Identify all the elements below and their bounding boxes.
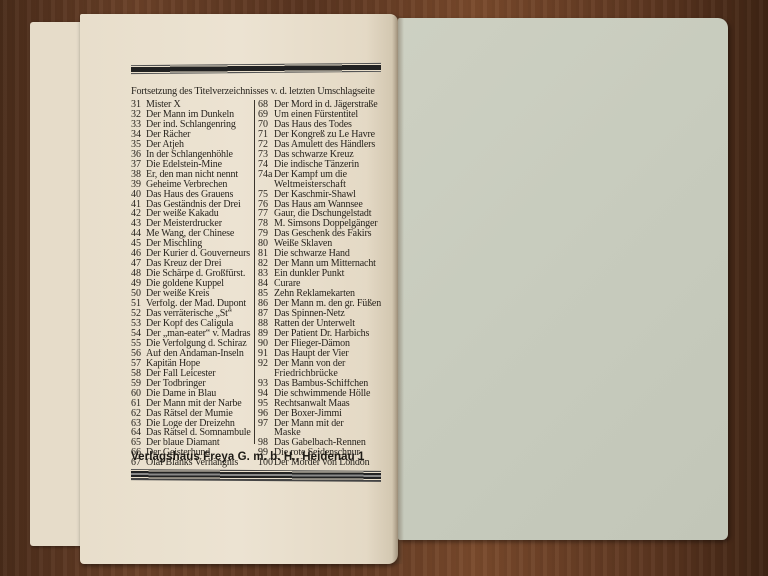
list-item: 62Das Rätsel der Mumie: [131, 409, 255, 419]
item-title: Das Kreuz der Drei: [146, 259, 255, 269]
list-item: 95Rechtsanwalt Maas: [258, 399, 388, 409]
item-title: Der Meisterdrucker: [146, 219, 255, 229]
right-page-blank: [398, 18, 728, 540]
item-title: Der Boxer-Jimmi: [274, 409, 388, 419]
item-title: Der Kaschmir-Shawl: [274, 190, 388, 200]
item-title: Der Mord in d. Jägerstraße: [274, 100, 388, 110]
item-title: M. Simsons Doppelgänger: [274, 219, 388, 229]
list-item: 80Weiße Sklaven: [258, 239, 388, 249]
list-item: 83Ein dunkler Punkt: [258, 269, 388, 279]
item-number: 62: [131, 409, 146, 419]
list-item: 65Der blaue Diamant: [131, 438, 255, 448]
list-item: 75Der Kaschmir-Shawl: [258, 190, 388, 200]
list-item: 78M. Simsons Doppelgänger: [258, 219, 388, 229]
list-item: 76Das Haus am Wannsee: [258, 200, 388, 210]
item-title: Die Verfolgung d. Schiraz: [146, 339, 255, 349]
list-item: 74Die indische Tänzerin: [258, 160, 388, 170]
list-item: 88Ratten der Unterwelt: [258, 319, 388, 329]
list-item: 37Die Edelstein-Mine: [131, 160, 255, 170]
item-title: Das Gabelbach-Rennen: [274, 438, 388, 448]
list-item: 86Der Mann m. den gr. Füßen: [258, 299, 388, 309]
item-title: Der Kurier d. Gouverneurs: [146, 249, 255, 259]
item-title: Der Kongreß zu Le Havre: [274, 130, 388, 140]
item-title: Das Rätsel der Mumie: [146, 409, 255, 419]
item-title: Curare: [274, 279, 388, 289]
item-title: Die Loge der Dreizehn: [146, 419, 255, 429]
item-title: Das Haus des Todes: [274, 120, 388, 130]
item-title: Das schwarze Kreuz: [274, 150, 388, 160]
item-number: 97: [258, 419, 274, 429]
item-title: Der Mischling: [146, 239, 255, 249]
item-title: Der blaue Diamant: [146, 438, 255, 448]
list-item: 94Die schwimmende Hölle: [258, 389, 388, 399]
item-title: Die indische Tänzerin: [274, 160, 388, 170]
list-item: 60Die Dame in Blau: [131, 389, 255, 399]
item-title: Der weiße Kreis: [146, 289, 255, 299]
list-item: 56Auf den Andaman-Inseln: [131, 349, 255, 359]
list-item: 59Der Todbringer: [131, 379, 255, 389]
list-item: 36In der Schlangenhöhle: [131, 150, 255, 160]
item-title: Der Mann m. den gr. Füßen: [274, 299, 388, 309]
item-title: Ratten der Unterwelt: [274, 319, 388, 329]
item-title: Der Mann im Dunkeln: [146, 110, 255, 120]
list-item: 79Das Geschenk des Fakirs: [258, 229, 388, 239]
list-item: 71Der Kongreß zu Le Havre: [258, 130, 388, 140]
item-title-continuation: Maske: [258, 428, 388, 438]
item-title: Der Patient Dr. Harbichs: [274, 329, 388, 339]
item-title: Die goldene Kuppel: [146, 279, 255, 289]
item-title: Die schwarze Hand: [274, 249, 388, 259]
item-title: Der Todbringer: [146, 379, 255, 389]
item-title: Die Edelstein-Mine: [146, 160, 255, 170]
list-item: 42Der weiße Kakadu: [131, 209, 255, 219]
list-item: 31Mister X: [131, 100, 255, 110]
list-item: 55Die Verfolgung d. Schiraz: [131, 339, 255, 349]
item-title: Zehn Reklamekarten: [274, 289, 388, 299]
list-item: 50Der weiße Kreis: [131, 289, 255, 299]
list-item: 57Kapitän Hope: [131, 359, 255, 369]
list-item: 69Um einen Fürstentitel: [258, 110, 388, 120]
item-title: Ein dunkler Punkt: [274, 269, 388, 279]
list-item: 85Zehn Reklamekarten: [258, 289, 388, 299]
item-title: Der Mann um Mitternacht: [274, 259, 388, 269]
list-item: 40Das Haus des Grauens: [131, 190, 255, 200]
item-title: Das Haus am Wannsee: [274, 200, 388, 210]
item-title: Er, den man nicht nennt: [146, 170, 255, 180]
item-title: Der Fall Leicester: [146, 369, 255, 379]
item-number: 74a: [258, 170, 274, 180]
item-number: 96: [258, 409, 274, 419]
item-title-continuation: Friedrichbrücke: [258, 369, 388, 379]
item-title: Das Geschenk des Fakirs: [274, 229, 388, 239]
list-item: 34Der Rächer: [131, 130, 255, 140]
item-title: Das Geständnis der Drei: [146, 200, 255, 210]
item-title: Rechtsanwalt Maas: [274, 399, 388, 409]
item-title: Der Mann mit der Narbe: [146, 399, 255, 409]
page-heading: Fortsetzung des Titelverzeichnisses v. d…: [131, 86, 391, 97]
item-title: Das Haupt der Vier: [274, 349, 388, 359]
list-item: 41Das Geständnis der Drei: [131, 200, 255, 210]
list-item: 84Curare: [258, 279, 388, 289]
item-title: Das Amulett des Händlers: [274, 140, 388, 150]
list-item: 91Das Haupt der Vier: [258, 349, 388, 359]
list-item: 54Der „man-eater“ v. Madras: [131, 329, 255, 339]
item-title: Das Rätsel d. Somnambule: [146, 428, 255, 438]
item-title: Die Schärpe d. Großfürst.: [146, 269, 255, 279]
column-divider: [254, 100, 255, 444]
list-item: 58Der Fall Leicester: [131, 369, 255, 379]
item-title: Die schwimmende Hölle: [274, 389, 388, 399]
publisher-imprint: Verlagshaus Freya G. m. b. H., Heidenau …: [131, 451, 391, 463]
list-item: 32Der Mann im Dunkeln: [131, 110, 255, 120]
list-item: 73Das schwarze Kreuz: [258, 150, 388, 160]
list-item: 64Das Rätsel d. Somnambule: [131, 428, 255, 438]
list-item: 96Der Boxer-Jimmi: [258, 409, 388, 419]
list-item: 45Der Mischling: [131, 239, 255, 249]
book-gutter: [392, 16, 404, 564]
list-item: 33Der ind. Schlangenring: [131, 120, 255, 130]
item-title: Verfolg. der Mad. Dupont: [146, 299, 255, 309]
list-item: 35Der Atjeh: [131, 140, 255, 150]
list-item: 70Das Haus des Todes: [258, 120, 388, 130]
list-item: 48Die Schärpe d. Großfürst.: [131, 269, 255, 279]
item-title: Der Atjeh: [146, 140, 255, 150]
item-number: 92: [258, 359, 274, 369]
list-item: 89Der Patient Dr. Harbichs: [258, 329, 388, 339]
list-item: 93Das Bambus-Schiffchen: [258, 379, 388, 389]
item-title: Der Kopf des Caligula: [146, 319, 255, 329]
list-item: 46Der Kurier d. Gouverneurs: [131, 249, 255, 259]
item-title: Der „man-eater“ v. Madras: [146, 329, 255, 339]
item-title: Der Rächer: [146, 130, 255, 140]
item-title-continuation: Weltmeisterschaft: [258, 180, 388, 190]
title-list-right-column: 68Der Mord in d. Jägerstraße69Um einen F…: [258, 100, 388, 468]
item-title: Kapitän Hope: [146, 359, 255, 369]
list-item: 61Der Mann mit der Narbe: [131, 399, 255, 409]
list-item: 72Das Amulett des Händlers: [258, 140, 388, 150]
item-title: Weiße Sklaven: [274, 239, 388, 249]
item-title: Geheime Verbrechen: [146, 180, 255, 190]
list-item: 90Der Flieger-Dämon: [258, 339, 388, 349]
title-list-left-column: 31Mister X32Der Mann im Dunkeln33Der ind…: [131, 100, 255, 468]
item-title: Auf den Andaman-Inseln: [146, 349, 255, 359]
list-item: 53Der Kopf des Caligula: [131, 319, 255, 329]
item-title: Um einen Fürstentitel: [274, 110, 388, 120]
list-item: 63Die Loge der Dreizehn: [131, 419, 255, 429]
decorative-rule-bottom: [131, 469, 381, 482]
list-item: 47Das Kreuz der Drei: [131, 259, 255, 269]
list-item: 51Verfolg. der Mad. Dupont: [131, 299, 255, 309]
item-title: Die Dame in Blau: [146, 389, 255, 399]
list-item: 82Der Mann um Mitternacht: [258, 259, 388, 269]
item-title: Me Wang, der Chinese: [146, 229, 255, 239]
list-item: 81Die schwarze Hand: [258, 249, 388, 259]
list-item: 98Das Gabelbach-Rennen: [258, 438, 388, 448]
list-item: 44Me Wang, der Chinese: [131, 229, 255, 239]
list-item: 49Die goldene Kuppel: [131, 279, 255, 289]
item-title: Der weiße Kakadu: [146, 209, 255, 219]
list-item: 87Das Spinnen-Netz: [258, 309, 388, 319]
list-item: 77Gaur, die Dschungelstadt: [258, 209, 388, 219]
item-title: Der ind. Schlangenring: [146, 120, 255, 130]
item-title: Das Bambus-Schiffchen: [274, 379, 388, 389]
list-item: 68Der Mord in d. Jägerstraße: [258, 100, 388, 110]
list-item: 38Er, den man nicht nennt: [131, 170, 255, 180]
list-item: 39Geheime Verbrechen: [131, 180, 255, 190]
list-item: 43Der Meisterdrucker: [131, 219, 255, 229]
item-title: Der Flieger-Dämon: [274, 339, 388, 349]
item-title: In der Schlangenhöhle: [146, 150, 255, 160]
item-title: Das Spinnen-Netz: [274, 309, 388, 319]
list-item: 52Das verräterische „St“: [131, 309, 255, 319]
item-title: Gaur, die Dschungelstadt: [274, 209, 388, 219]
item-title: Das Haus des Grauens: [146, 190, 255, 200]
item-title: Mister X: [146, 100, 255, 110]
item-title: Das verräterische „St“: [146, 309, 255, 319]
